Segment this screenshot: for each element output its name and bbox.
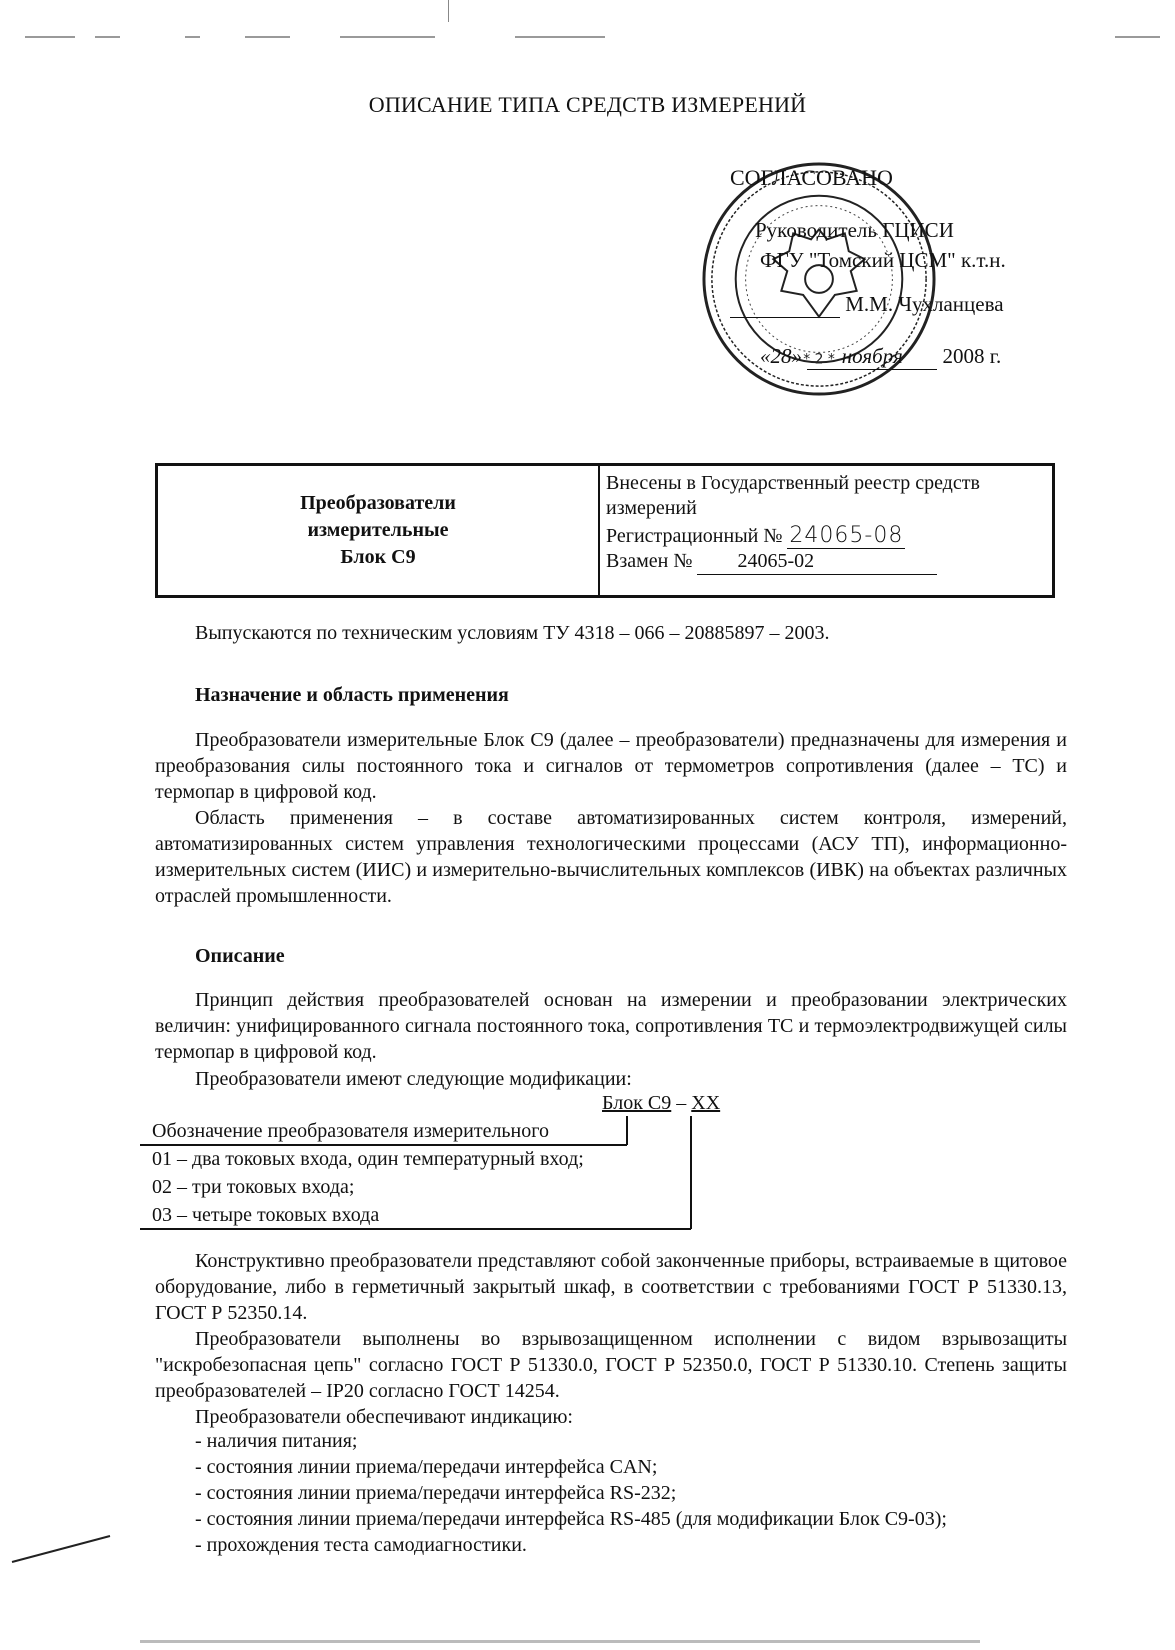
indication-item: - наличия питания; <box>195 1430 358 1453</box>
product-name-line: Блок С9 <box>300 544 456 571</box>
indication-item: - состояния линии приема/передачи интерф… <box>195 1456 657 1479</box>
signature <box>730 292 840 318</box>
scan-artifact <box>245 36 290 38</box>
description-paragraph-3: Преобразователи выполнены во взрывозащищ… <box>155 1326 1067 1404</box>
registration-label: Регистрационный № <box>606 525 782 547</box>
approval-organization: ФГУ "Томский ЦСМ" к.т.н. <box>760 248 1006 273</box>
modification-item: 03 – четыре токовых входа <box>152 1204 379 1227</box>
modifications-intro: Преобразователи имеют следующие модифика… <box>195 1066 1067 1092</box>
pen-mark-icon <box>10 1530 120 1570</box>
section-heading-description: Описание <box>195 943 1067 969</box>
date-month: ноября <box>807 344 937 370</box>
indication-intro: Преобразователи обеспечивают индикацию: <box>195 1404 1067 1430</box>
scan-artifact <box>95 36 120 38</box>
date-year: 2008 г. <box>943 344 1002 368</box>
replaces-label: Взамен № <box>606 550 692 572</box>
divider <box>690 1116 692 1229</box>
product-name-cell: Преобразователи измерительные Блок С9 <box>158 466 600 595</box>
scan-artifact <box>185 36 200 38</box>
indication-item: - состояния линии приема/передачи интерф… <box>195 1508 947 1531</box>
date-day: «28» <box>760 344 802 368</box>
approval-signer: М.М. Чухланцева <box>845 292 1003 316</box>
modification-item: 02 – три токовых входа; <box>152 1176 354 1199</box>
indication-item: - состояния линии приема/передачи интерф… <box>195 1482 676 1505</box>
indication-item: - прохождения теста самодиагностики. <box>195 1534 527 1557</box>
product-name-line: измерительные <box>300 517 456 544</box>
registry-info-cell: Внесены в Государственный реестр средств… <box>600 466 1052 595</box>
scan-artifact <box>340 36 435 38</box>
modification-code: Блок С9 – XX <box>602 1092 720 1115</box>
approval-heading: СОГЛАСОВАНО <box>730 165 893 191</box>
code-suffix: XX <box>691 1092 720 1114</box>
description-paragraph-1: Принцип действия преобразователей основа… <box>155 987 1067 1065</box>
divider <box>140 1144 627 1146</box>
tech-conditions: Выпускаются по техническим условиям ТУ 4… <box>195 620 1067 646</box>
registration-number: 24065-08 <box>787 523 905 549</box>
purpose-paragraph-2: Область применения – в составе автоматиз… <box>155 805 1067 909</box>
purpose-paragraph-1: Преобразователи измерительные Блок С9 (д… <box>155 727 1067 805</box>
approval-date: «28» ноября 2008 г. <box>760 344 1001 370</box>
document-title: ОПИСАНИЕ ТИПА СРЕДСТВ ИЗМЕРЕНИЙ <box>0 92 1175 118</box>
code-dash: – <box>676 1092 686 1114</box>
modification-item: 01 – два токовых входа, один температурн… <box>152 1148 584 1171</box>
approval-block: * 2 * СОГЛАСОВАНО Руководитель ГЦИСИ ФГУ… <box>700 160 1080 400</box>
description-paragraph-2: Конструктивно преобразователи представля… <box>155 1248 1067 1326</box>
modifications-diagram: Блок С9 – XX Обозначение преобразователя… <box>140 1092 760 1232</box>
replaces-number: 24065-02 <box>697 549 937 575</box>
registry-entered-text: Внесены в Государственный реестр средств… <box>606 471 1046 521</box>
scan-artifact <box>1115 36 1160 38</box>
code-base: Блок С9 <box>602 1092 671 1114</box>
modification-designation: Обозначение преобразователя измерительно… <box>152 1120 549 1143</box>
divider <box>140 1228 691 1230</box>
scan-artifact <box>25 36 75 38</box>
scan-artifact <box>140 1640 980 1643</box>
section-heading-purpose: Назначение и область применения <box>195 682 1067 708</box>
scan-artifact <box>448 0 449 22</box>
approval-position: Руководитель ГЦИСИ <box>755 218 954 243</box>
scan-artifact <box>515 36 605 38</box>
divider <box>626 1116 628 1145</box>
product-name-line: Преобразователи <box>300 490 456 517</box>
registry-table: Преобразователи измерительные Блок С9 Вн… <box>155 463 1055 598</box>
approval-signature-line: М.М. Чухланцева <box>730 292 1004 318</box>
